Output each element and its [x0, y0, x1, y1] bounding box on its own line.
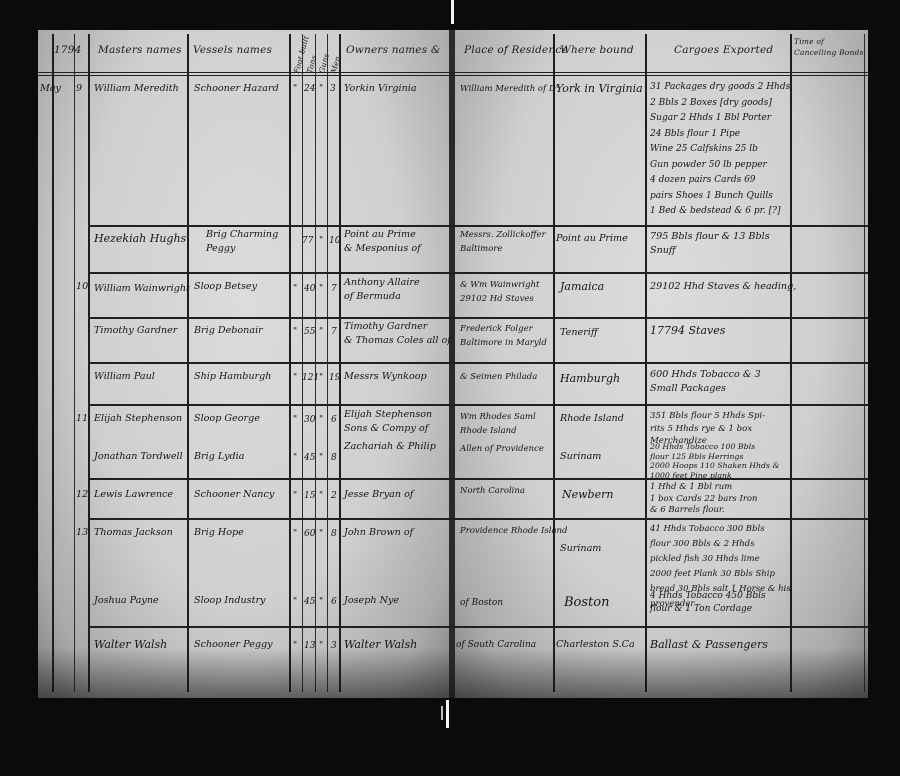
- row-vessel: Brig Hope: [194, 526, 244, 540]
- row-bound: Teneriff: [560, 326, 598, 340]
- row-day: 9: [76, 82, 82, 96]
- row-bound: Jamaica: [560, 280, 604, 294]
- row-bound: Hamburgh: [560, 372, 620, 386]
- row-bound: York in Virginia: [556, 82, 643, 96]
- header-place-of-residence: Place of Residence: [464, 44, 568, 56]
- scan-marker-bottom: [446, 700, 449, 728]
- row-residence: of Boston: [460, 596, 503, 610]
- row-bound: Surinam: [560, 450, 601, 464]
- row-col-a: ": [293, 641, 297, 651]
- row-men: 10: [329, 236, 340, 246]
- row-owners: Anthony Allaire of Bermuda: [344, 276, 420, 304]
- row-cargo: 29102 Hhd Staves & heading,: [650, 280, 796, 294]
- row-owners: Walter Walsh: [344, 638, 417, 652]
- row-day: 11: [76, 412, 88, 426]
- row-day: 13: [76, 526, 88, 540]
- row-men: 8: [331, 529, 337, 539]
- row-vessel: Brig Charming Peggy: [206, 228, 278, 256]
- row-master: William Wainwright: [94, 282, 190, 296]
- row-residence: Wm Rhodes Saml Rhode Island: [460, 410, 536, 438]
- row-rule: [88, 225, 452, 227]
- row-men: 2: [331, 491, 337, 501]
- row-cargo: Ballast & Passengers: [650, 638, 768, 652]
- row-col-c: ": [319, 84, 323, 94]
- row-bound: Rhode Island: [560, 412, 624, 426]
- row-owners: Elijah Stephenson Sons & Compy of: [344, 408, 432, 436]
- row-bound: Surinam: [560, 542, 601, 556]
- row-col-a: ": [293, 597, 297, 607]
- row-residence: Allen of Providence: [460, 442, 544, 456]
- scan-marker-bottom-small: [441, 706, 443, 720]
- row-rule: [88, 518, 452, 520]
- row-tons: 40: [304, 284, 315, 294]
- row-men: 6: [331, 597, 337, 607]
- row-residence: of South Carolina: [456, 638, 536, 652]
- row-bound: Newbern: [562, 488, 613, 502]
- row-tons: 15: [304, 491, 315, 501]
- row-men: 7: [331, 327, 337, 337]
- row-vessel: Sloop Industry: [194, 594, 265, 608]
- row-cargo: 17794 Staves: [650, 324, 725, 338]
- row-cargo: 31 Packages dry goods 2 Hhds 2 Bbls 2 Bo…: [650, 80, 790, 220]
- row-owners: John Brown of: [344, 526, 413, 540]
- row-bound: Charleston S.Ca: [556, 638, 635, 652]
- row-tons: 121: [302, 373, 319, 383]
- row-rule: [88, 626, 452, 628]
- scan-marker-top: [451, 0, 454, 24]
- row-men: 3: [331, 641, 337, 651]
- header-cargoes-exported: Cargoes Exported: [674, 44, 773, 56]
- row-owners: Joseph Nye: [344, 594, 399, 608]
- row-residence: Messrs. Zollickoffer Baltimore: [460, 228, 546, 256]
- header-rule: [452, 72, 868, 73]
- row-col-c: ": [319, 453, 323, 463]
- row-residence: William Meredith of D°: [460, 82, 560, 96]
- row-vessel: Schooner Hazard: [194, 82, 279, 96]
- row-rule: [452, 225, 868, 227]
- header-vessels-names: Vessels names: [193, 44, 272, 56]
- row-vessel: Brig Debonair: [194, 324, 263, 338]
- row-vessel: Sloop Betsey: [194, 280, 257, 294]
- row-residence: North Carolina: [460, 484, 525, 498]
- row-col-a: ": [293, 415, 297, 425]
- row-tons: 13: [304, 641, 315, 651]
- row-col-a: ": [293, 373, 297, 383]
- column-rule: [52, 34, 54, 692]
- row-owners: Jesse Bryan of: [344, 488, 413, 502]
- row-rule: [452, 362, 868, 364]
- row-cargo: 795 Bbls flour & 13 Bbls Snuff: [650, 230, 770, 258]
- row-day: 12: [76, 488, 88, 502]
- row-master: Thomas Jackson: [94, 526, 173, 540]
- header-owners-names: Owners names &: [346, 44, 440, 56]
- row-col-c: ": [319, 529, 323, 539]
- row-col-c: ": [319, 597, 323, 607]
- column-rule: [74, 34, 75, 692]
- header-masters-names: Masters names: [98, 44, 182, 56]
- row-col-c: ": [319, 236, 323, 246]
- row-rule: [88, 478, 452, 480]
- row-tons: 24: [304, 84, 315, 94]
- row-rule: [88, 404, 452, 406]
- row-cargo: 4 Hhds Tobacco 450 Bbls flour & 1 Ton Co…: [650, 590, 766, 616]
- row-tons: 55: [304, 327, 315, 337]
- row-men: 6: [331, 415, 337, 425]
- header-rule: [38, 72, 452, 73]
- row-tons: 45: [304, 453, 315, 463]
- row-rule: [88, 362, 452, 364]
- row-owners: Yorkin Virginia: [344, 82, 417, 96]
- row-men: 3: [330, 84, 336, 94]
- row-col-c: ": [319, 641, 323, 651]
- page-fold: [452, 30, 455, 698]
- row-master: Elijah Stephenson: [94, 412, 182, 426]
- row-cargo: 600 Hhds Tobacco & 3 Small Packages: [650, 368, 761, 396]
- row-tons: 77: [302, 236, 313, 246]
- row-col-a: ": [293, 327, 297, 337]
- row-master: Jonathan Tordwell: [94, 450, 183, 464]
- row-tons: 60: [304, 529, 315, 539]
- header-year: 1794: [54, 44, 82, 56]
- row-master: Walter Walsh: [94, 638, 167, 652]
- ledger-right-page: Place of Residence Where bound Cargoes E…: [452, 30, 868, 698]
- row-month: May: [40, 82, 61, 96]
- row-col-c: ": [319, 415, 323, 425]
- row-men: 19: [329, 373, 340, 383]
- row-rule: [452, 626, 868, 628]
- row-owners: Point au Prime & Mesponius of: [344, 228, 421, 256]
- row-col-a: ": [293, 284, 297, 294]
- row-rule: [452, 404, 868, 406]
- row-cargo: 1 Hhd & 1 Bbl rum 1 box Cards 22 bars Ir…: [650, 482, 757, 517]
- row-cargo: 20 Hhds Tobacco 100 Bbls flour 125 Bbls …: [650, 442, 779, 480]
- row-rule: [452, 317, 868, 319]
- row-vessel: Brig Lydia: [194, 450, 244, 464]
- row-men: 7: [331, 284, 337, 294]
- row-tons: 45: [304, 597, 315, 607]
- row-col-a: ": [293, 84, 297, 94]
- row-master: Lewis Lawrence: [94, 488, 173, 502]
- row-owners: Zachariah & Philip: [344, 440, 436, 454]
- row-bound: Boston: [564, 596, 609, 610]
- row-owners: Messrs Wynkoop: [344, 370, 427, 384]
- row-col-a: ": [293, 529, 297, 539]
- header-where-bound: Where bound: [560, 44, 634, 56]
- row-owners: Timothy Gardner & Thomas Coles all of: [344, 320, 451, 348]
- row-master: Timothy Gardner: [94, 324, 177, 338]
- row-residence: Providence Rhode Island: [460, 524, 567, 538]
- header-time-of-cancelling-bonds: Time of Cancelling Bonds: [794, 36, 864, 58]
- row-residence: Frederick Folger Baltimore in Maryld: [460, 322, 547, 350]
- row-men: 8: [331, 453, 337, 463]
- row-col-c: ": [319, 491, 323, 501]
- row-vessel: Ship Hamburgh: [194, 370, 271, 384]
- row-residence: & Seimen Philada: [460, 370, 537, 384]
- row-day: 10: [76, 280, 88, 294]
- row-col-c: ": [319, 373, 323, 383]
- row-vessel: Schooner Peggy: [194, 638, 273, 652]
- row-rule: [88, 317, 452, 319]
- row-master: William Meredith: [94, 82, 179, 96]
- row-vessel: Schooner Nancy: [194, 488, 274, 502]
- row-vessel: Sloop George: [194, 412, 260, 426]
- row-col-c: ": [319, 284, 323, 294]
- row-rule: [88, 272, 452, 274]
- ledger-left-page: 1794 Masters names Vessels names Foot bu…: [38, 30, 452, 698]
- row-col-c: ": [319, 327, 323, 337]
- row-rule: [452, 272, 868, 274]
- row-master: William Paul: [94, 370, 155, 384]
- row-rule: [452, 518, 868, 520]
- row-col-a: ": [293, 453, 297, 463]
- row-master: Hezekiah Hughs: [94, 232, 186, 246]
- row-bound: Point au Prime: [556, 232, 628, 246]
- row-tons: 30: [304, 415, 315, 425]
- row-master: Joshua Payne: [94, 594, 159, 608]
- row-col-a: ": [293, 491, 297, 501]
- row-residence: & Wm Wainwright 29102 Hd Staves: [460, 278, 539, 306]
